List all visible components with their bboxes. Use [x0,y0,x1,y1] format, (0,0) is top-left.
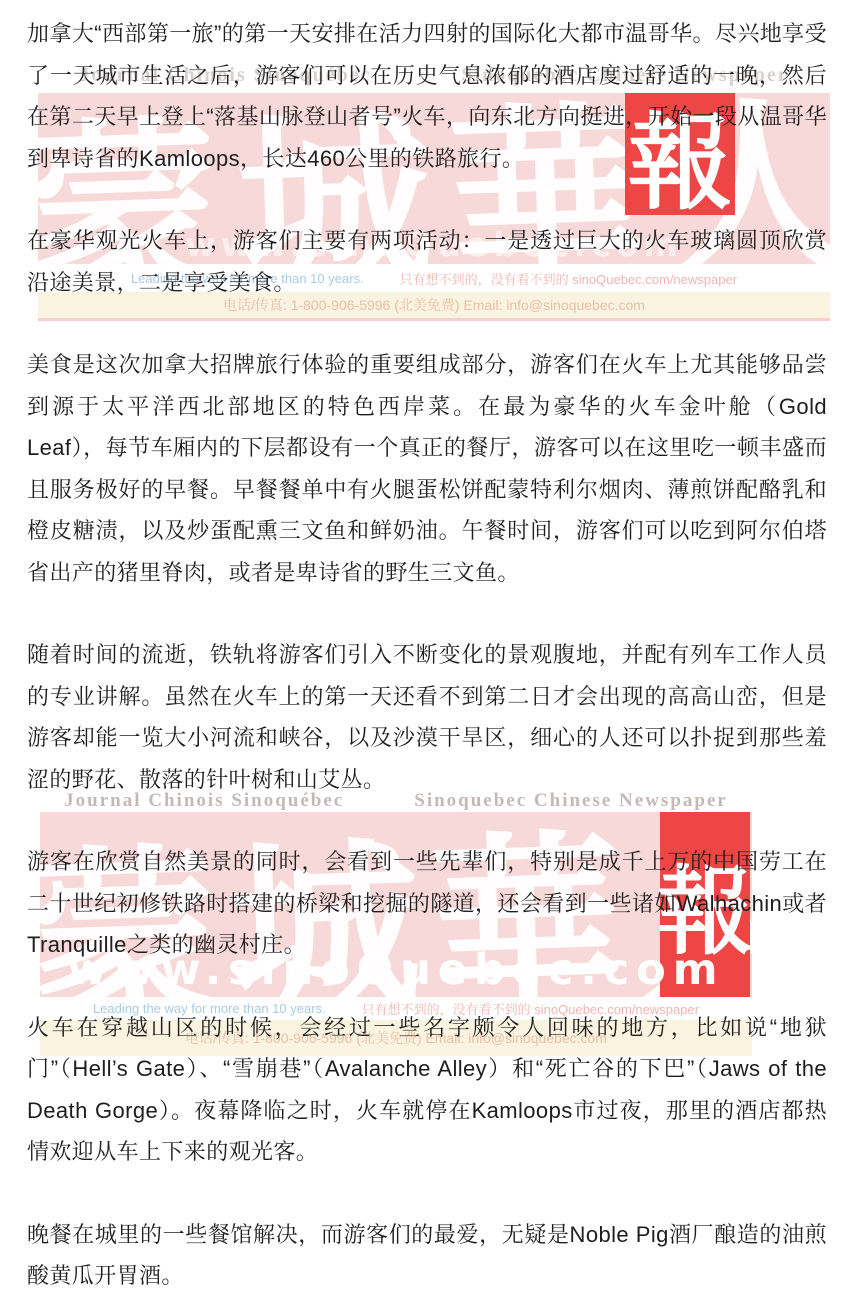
article-paragraph: 加拿大“西部第一旅”的第一天安排在活力四射的国际化大都市温哥华。尽兴地享受了一天… [27,13,827,179]
page: { "article": { "paragraphs": [ "加拿大“西部第一… [0,0,851,1308]
article-paragraph: 随着时间的流逝，铁轨将游客们引入不断变化的景观腹地，并配有列车工作人员的专业讲解… [27,634,827,800]
article-paragraph: 美食是这次加拿大招牌旅行体验的重要组成部分，游客们在火车上尤其能够品尝到源于太平… [27,344,827,593]
article-paragraph: 游客在欣赏自然美景的同时，会看到一些先辈们，特别是成千上万的中国劳工在二十世纪初… [27,841,827,966]
article-paragraph: 火车在穿越山区的时候，会经过一些名字颇令人回味的地方，比如说“地狱门”（Hell… [27,1007,827,1173]
article-body: 加拿大“西部第一旅”的第一天安排在活力四射的国际化大都市温哥华。尽兴地享受了一天… [0,0,851,1297]
article-paragraph: 在豪华观光火车上，游客们主要有两项活动：一是透过巨大的火车玻璃圆顶欣赏沿途美景，… [27,220,827,303]
article-paragraph: 晚餐在城里的一些餐馆解决，而游客们的最爱，无疑是Noble Pig酒厂酿造的油煎… [27,1214,827,1297]
